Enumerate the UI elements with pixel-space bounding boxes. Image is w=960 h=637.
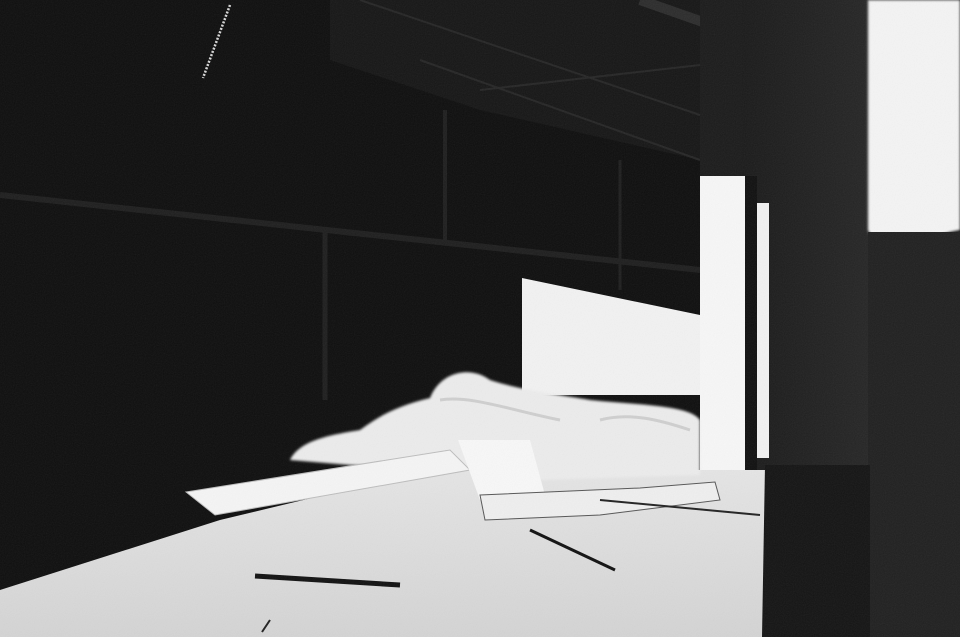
film-grain xyxy=(0,0,960,637)
photo: Interior of an unfinished building under… xyxy=(0,0,960,637)
construction-interior-photo xyxy=(0,0,960,637)
